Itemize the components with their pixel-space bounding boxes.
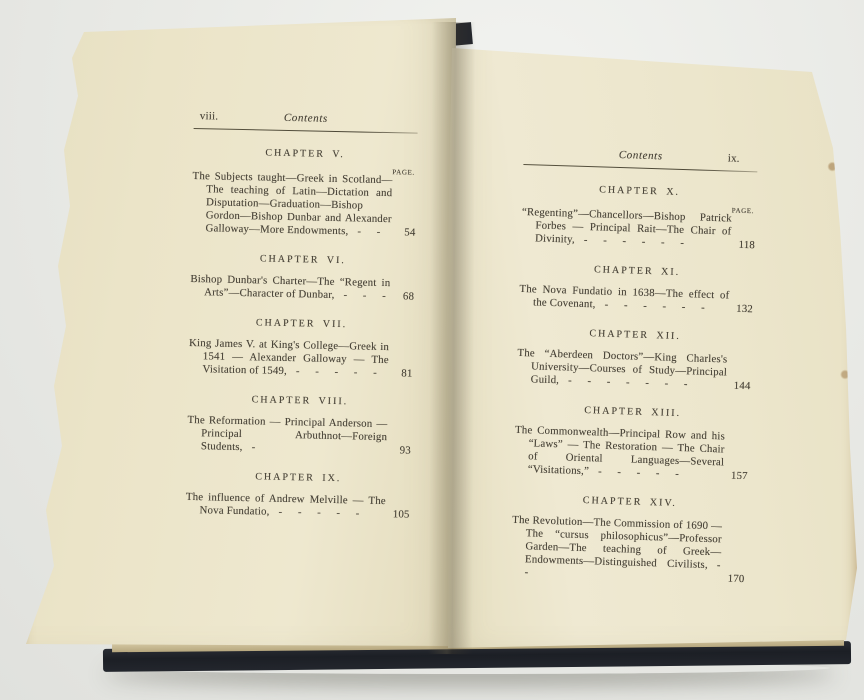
entry-body: The Commonwealth—Principal Row and his “… [514, 424, 750, 483]
entry-leaders: - - - [334, 289, 386, 302]
entry-body: The Subjects taught—Greek in Scotland—Th… [191, 170, 416, 240]
entry-page-number: 93 [400, 444, 411, 457]
toc-entry: CHAPTER XII. The “Aberdeen Doctors”—King… [516, 325, 752, 393]
entry-page-number: 132 [736, 303, 753, 317]
entry-body: The Revolution—The Commission of 1690 —T… [510, 514, 746, 586]
entry-body: “Regenting”—Chancellors—Bishop Patrick F… [521, 206, 756, 252]
toc-entry: CHAPTER IX. The influence of Andrew Melv… [185, 469, 410, 522]
toc-entry: CHAPTER XIII. The Commonwealth—Principal… [514, 402, 750, 483]
left-page-content: viii. Contents CHAPTER V. PAGE. The Subj… [185, 110, 418, 524]
entry-body: The “Aberdeen Doctors”—King Charles's Un… [516, 347, 751, 393]
entry-leaders: - - - - - [589, 465, 680, 480]
chapter-heading: CHAPTER VI. [191, 251, 415, 269]
right-running-title: Contents [524, 146, 758, 166]
chapter-heading: CHAPTER VII. [189, 315, 413, 333]
toc-entry: CHAPTER VI. Bishop Dunbar's Charter—The … [190, 251, 415, 304]
chapter-heading: CHAPTER VIII. [188, 392, 412, 410]
entry-leaders: - - - - - [287, 365, 378, 379]
right-page: Contents ix. CHAPTER X. PAGE. “Regenting… [438, 28, 862, 658]
toc-entry: CHAPTER V. PAGE. The Subjects taught—Gre… [191, 145, 417, 240]
entry-body: King James V. at King's College—Greek in… [188, 337, 413, 381]
entry-body: The Reformation — Principal Anderson — P… [187, 414, 412, 458]
entry-body: Bishop Dunbar's Charter—The “Regent in A… [190, 273, 414, 304]
entry-text: The Revolution—The Commission of 1690 —T… [512, 514, 722, 571]
photo-background: viii. Contents CHAPTER V. PAGE. The Subj… [0, 0, 864, 700]
toc-entry: CHAPTER X. PAGE. “Regenting”—Chancellors… [521, 181, 757, 252]
entry-page-number: 54 [404, 226, 415, 239]
entry-page-number: 144 [734, 380, 751, 394]
left-page: viii. Contents CHAPTER V. PAGE. The Subj… [16, 10, 458, 658]
chapter-heading: CHAPTER V. [193, 145, 417, 163]
toc-entry: CHAPTER XIV. The Revolution—The Commissi… [510, 492, 747, 586]
entry-leaders: - [243, 441, 256, 453]
entry-text: The Reformation — Principal Anderson — P… [187, 414, 387, 453]
toc-entry: CHAPTER VIII. The Reformation — Principa… [187, 392, 412, 458]
chapter-heading: CHAPTER XIV. [513, 492, 747, 512]
right-page-content: Contents ix. CHAPTER X. PAGE. “Regenting… [510, 146, 758, 588]
entry-body: The influence of Andrew Melville — The N… [185, 491, 409, 522]
entry-leaders: - - - - - [269, 506, 360, 520]
left-page-header: viii. Contents [194, 110, 418, 130]
chapter-heading: CHAPTER XI. [520, 261, 754, 281]
entry-leaders: - - - - - - [595, 298, 705, 313]
entry-leaders: - - - - - - [575, 234, 685, 249]
entry-page-number: 81 [401, 367, 412, 380]
toc-entry: CHAPTER XI. The Nova Fundatio in 1638—Th… [519, 261, 754, 316]
entry-page-number: 170 [727, 573, 744, 587]
left-folio: viii. [200, 110, 219, 123]
chapter-heading: CHAPTER XIII. [516, 402, 750, 422]
left-running-title: Contents [194, 110, 418, 128]
entry-page-number: 105 [393, 508, 410, 521]
chapter-heading: CHAPTER XII. [518, 325, 752, 345]
entry-page-number: 68 [403, 290, 414, 303]
entry-page-number: 157 [731, 470, 748, 484]
chapter-heading: CHAPTER IX. [186, 469, 410, 487]
right-folio: ix. [728, 152, 740, 165]
entry-page-number: 118 [738, 239, 755, 253]
entry-body: The Nova Fundatio in 1638—The effect of … [519, 283, 754, 316]
toc-entry: CHAPTER VII. King James V. at King's Col… [188, 315, 413, 381]
entry-leaders: - - [348, 225, 381, 238]
